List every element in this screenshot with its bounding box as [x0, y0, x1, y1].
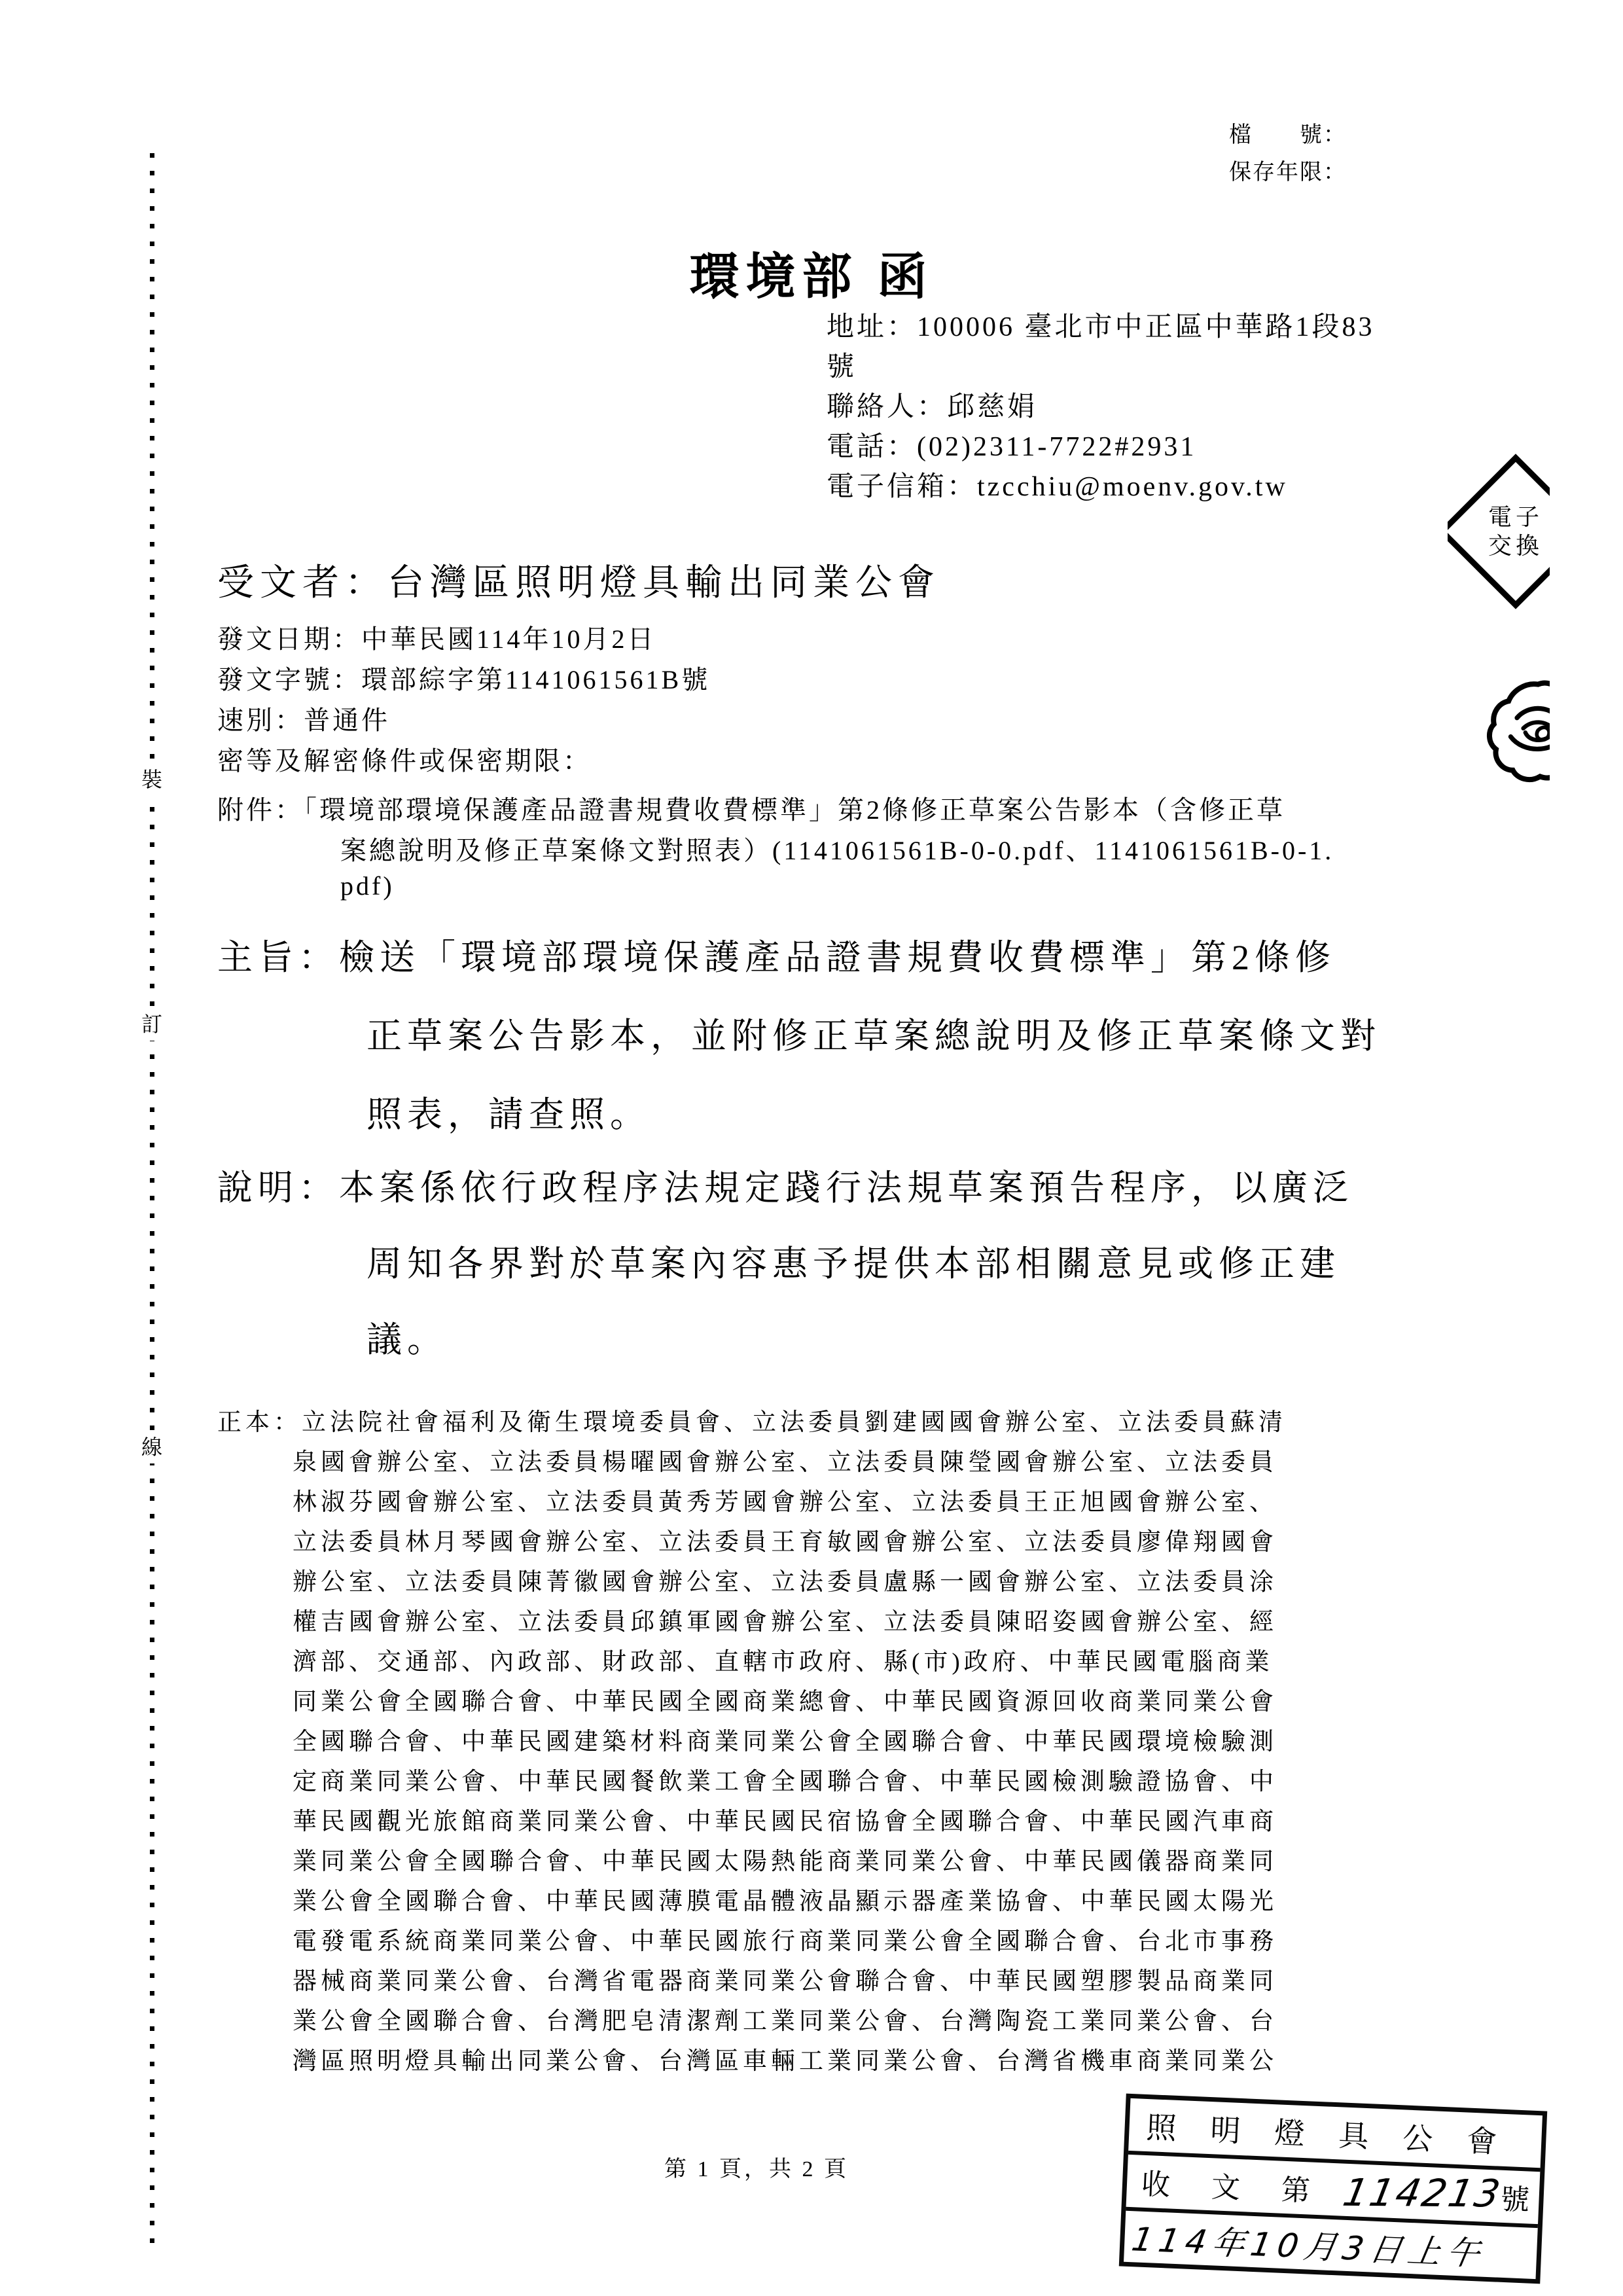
- explanation-label: 說明：: [217, 1168, 339, 1208]
- recipients-line: 全國聯合會、中華民國建築材料商業同業公會全國聯合會、中華民國環境檢驗測: [293, 1721, 1277, 1757]
- recipients-line: 業公會全國聯合會、中華民國薄膜電晶體液晶顯示器產業協會、中華民國太陽光: [293, 1881, 1277, 1916]
- doc-number: 發文字號：環部綜字第1141061561B號: [217, 660, 710, 700]
- electronic-exchange-stamp-icon: 電子 交換: [1448, 454, 1550, 609]
- security-class: 密等及解密條件或保密期限：: [217, 741, 710, 781]
- meta-block: 發文日期：中華民國114年10月2日 發文字號：環部綜字第1141061561B…: [217, 619, 710, 781]
- subject-line2: 正草案公告影本，並附修正草案總說明及修正草案條文對: [366, 1008, 1381, 1058]
- attachment-text1: 「環境部環境保護產品證書規費收費標準」第2條修正草案公告影本（含修正草: [304, 795, 1285, 825]
- binding-dotted-line: [150, 153, 154, 2245]
- sender-info-block: 地址：100006 臺北市中正區中華路1段83 號 聯絡人：邱慈娟 電話：(02…: [827, 308, 1375, 507]
- attachment-line2: 案總說明及修正草案條文對照表）(1141061561B-0-0.pdf、1141…: [340, 830, 1334, 867]
- subject-label: 主旨：: [217, 938, 339, 977]
- recipients-line: 電發電系統商業同業公會、中華民國旅行商業同業公會全國聯合會、台北市事務: [293, 1921, 1277, 1956]
- explanation-line2: 周知各界對於草案內容惠予提供本部相關意見或修正建: [366, 1236, 1340, 1286]
- sender-address-line2: 號: [827, 348, 1375, 387]
- edge-stamps-area: 電子 交換: [1448, 450, 1550, 791]
- receipt-stamp: 照明燈具公會 收 文 第 114213 號 114年10月3日上午: [1119, 2094, 1547, 2284]
- subject-line1: 主旨：檢送「環境部環境保護產品證書規費收費標準」第2條修: [217, 929, 1336, 980]
- recipients-line: 林淑芬國會辦公室、立法委員黃秀芳國會辦公室、立法委員王正旭國會辦公室、: [293, 1482, 1277, 1517]
- archive-labels: 檔 號： 保存年限：: [1229, 117, 1347, 191]
- receipt-number-suffix: 號: [1500, 2176, 1531, 2219]
- recipient-line: 受文者：台灣區照明燈具輸出同業公會: [217, 554, 940, 606]
- recipients-line: 泉國會辦公室、立法委員楊曜國會辦公室、立法委員陳瑩國會辦公室、立法委員: [293, 1442, 1277, 1477]
- binding-mark-ding: 訂: [133, 1008, 171, 1041]
- estamp-text-line2: 交換: [1488, 531, 1543, 560]
- sender-address-line1: 地址：100006 臺北市中正區中華路1段83: [827, 308, 1375, 348]
- binding-mark-zhuang: 裝: [133, 763, 171, 796]
- explanation-line3: 議。: [366, 1312, 448, 1362]
- recipients-text: 立法院社會福利及衛生環境委員會、立法委員劉建國國會辦公室、立法委員蘇清: [302, 1409, 1287, 1436]
- issue-date: 發文日期：中華民國114年10月2日: [217, 619, 710, 660]
- recipients-line: 濟部、交通部、內政部、財政部、直轄市政府、縣(市)政府、中華民國電腦商業: [293, 1641, 1274, 1677]
- electronic-exchange-stamp-text: 電子 交換: [1488, 503, 1543, 560]
- receipt-number-handwritten: 114213: [1340, 2170, 1505, 2215]
- recipients-label: 正本：: [217, 1409, 302, 1436]
- recipients-line: 正本：立法院社會福利及衛生環境委員會、立法委員劉建國國會辦公室、立法委員蘇清: [217, 1402, 1287, 1437]
- flower-seal-icon: [1486, 678, 1550, 783]
- recipients-line: 辦公室、立法委員陳菁徽國會辦公室、立法委員盧縣一國會辦公室、立法委員涂: [293, 1562, 1277, 1597]
- sender-phone: 電話：(02)2311-7722#2931: [827, 427, 1375, 467]
- receipt-number-prefix: 收 文 第: [1141, 2161, 1328, 2210]
- recipients-line: 同業公會全國聯合會、中華民國全國商業總會、中華民國資源回收商業同業公會: [293, 1681, 1277, 1717]
- recipients-line: 灣區照明燈具輸出同業公會、台灣區車輛工業同業公會、台灣省機車商業同業公: [293, 2041, 1277, 2076]
- subject-line3: 照表，請查照。: [366, 1086, 651, 1137]
- recipients-line: 權吉國會辦公室、立法委員邱鎮軍國會辦公室、立法委員陳昭姿國會辦公室、經: [293, 1602, 1277, 1637]
- retention-period-label: 保存年限：: [1229, 154, 1347, 191]
- attachment-line1: 附件：「環境部環境保護產品證書規費收費標準」第2條修正草案公告影本（含修正草: [217, 789, 1285, 827]
- file-number-label: 檔 號：: [1229, 117, 1347, 154]
- recipients-line: 立法委員林月琴國會辦公室、立法委員王育敏國會辦公室、立法委員廖偉翔國會: [293, 1522, 1277, 1557]
- official-letter-page: 裝 訂 線 檔 號： 保存年限： 環境部 函 地址：100006 臺北市中正區中…: [0, 0, 1623, 2296]
- recipients-line: 華民國觀光旅館商業同業公會、中華民國民宿協會全國聯合會、中華民國汽車商: [293, 1801, 1277, 1837]
- sender-email: 電子信箱：tzcchiu@moenv.gov.tw: [827, 467, 1375, 507]
- attachment-label: 附件：: [217, 795, 304, 825]
- sender-contact: 聯絡人：邱慈娟: [827, 387, 1375, 427]
- explanation-text1: 本案係依行政程序法規定踐行法規草案預告程序，以廣泛: [339, 1168, 1353, 1208]
- explanation-line1: 說明：本案係依行政程序法規定踐行法規草案預告程序，以廣泛: [217, 1160, 1353, 1210]
- recipients-line: 器械商業同業公會、台灣省電器商業同業公會聯合會、中華民國塑膠製品商業同: [293, 1961, 1277, 1996]
- recipients-line: 業同業公會全國聯合會、中華民國太陽熱能商業同業公會、中華民國儀器商業同: [293, 1841, 1277, 1876]
- subject-text1: 檢送「環境部環境保護產品證書規費收費標準」第2條修: [339, 938, 1336, 977]
- attachment-line3: pdf): [340, 870, 395, 901]
- speed-class: 速別：普通件: [217, 700, 710, 741]
- page-title: 環境部 函: [0, 237, 1623, 308]
- page-number: 第 1 頁，共 2 頁: [664, 2151, 849, 2183]
- recipients-line: 業公會全國聯合會、台灣肥皂清潔劑工業同業公會、台灣陶瓷工業同業公會、台: [293, 2001, 1277, 2036]
- estamp-text-line1: 電子: [1488, 503, 1543, 531]
- binding-mark-xian: 線: [133, 1431, 171, 1463]
- recipients-line: 定商業同業公會、中華民國餐飲業工會全國聯合會、中華民國檢測驗證協會、中: [293, 1761, 1277, 1797]
